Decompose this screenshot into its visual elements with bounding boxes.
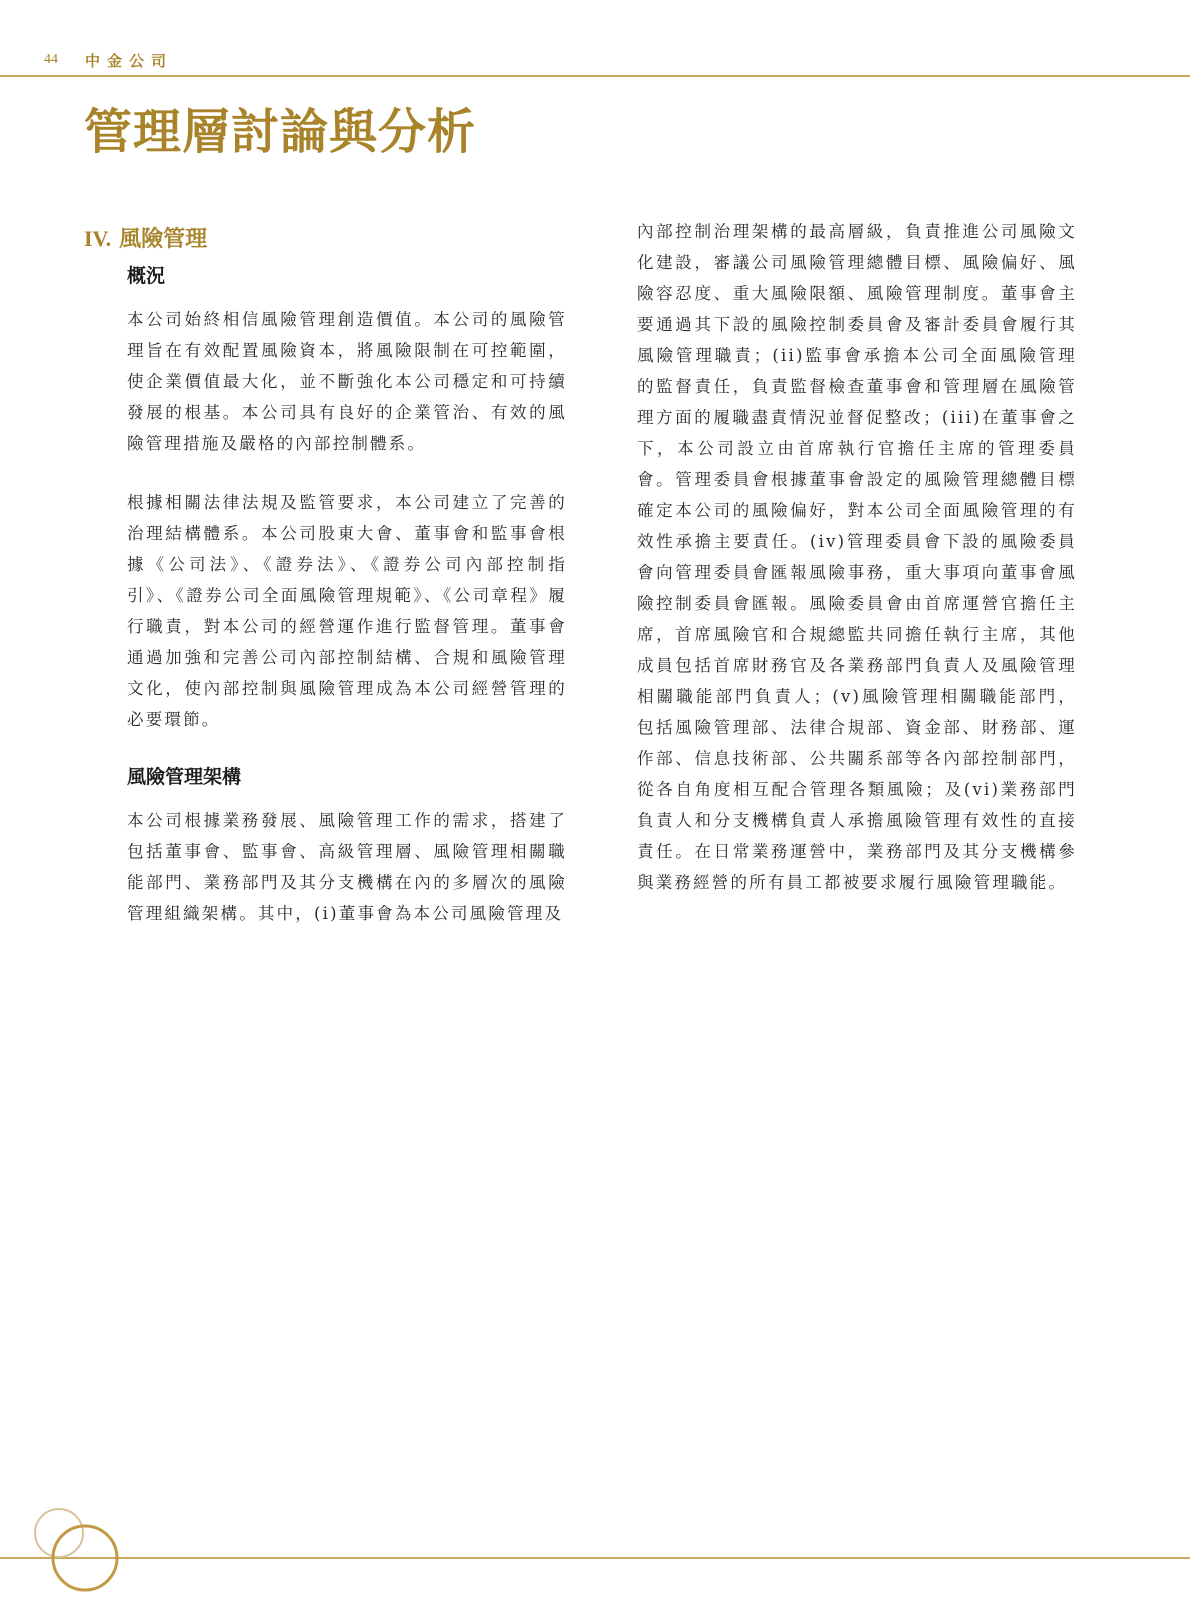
page-title: 管理層討論與分析: [84, 100, 476, 164]
section-number: IV.: [84, 226, 111, 251]
overview-paragraph-2: 根據相關法律法規及監管要求，本公司建立了完善的治理結構體系。本公司股東大會、董事…: [127, 487, 567, 735]
section-heading: IV.風險管理: [84, 224, 207, 254]
framework-paragraph-right: 內部控制治理架構的最高層級，負責推進公司風險文化建設，審議公司風險管理總體目標、…: [637, 216, 1077, 898]
decorative-rings-icon: [0, 1490, 140, 1600]
left-column: 概況 本公司始終相信風險管理創造價值。本公司的風險管理旨在有效配置風險資本，將風…: [127, 262, 567, 929]
footer-divider: [0, 1557, 1190, 1559]
framework-paragraph-left: 本公司根據業務發展、風險管理工作的需求，搭建了包括董事會、監事會、高級管理層、風…: [127, 805, 567, 929]
page-number: 44: [44, 52, 58, 68]
header-divider: [0, 75, 1190, 77]
overview-heading: 概況: [127, 262, 567, 290]
overview-paragraph-1: 本公司始終相信風險管理創造價值。本公司的風險管理旨在有效配置風險資本，將風險限制…: [127, 304, 567, 459]
framework-heading: 風險管理架構: [127, 763, 567, 791]
right-column: 內部控制治理架構的最高層級，負責推進公司風險文化建設，審議公司風險管理總體目標、…: [637, 216, 1077, 898]
section-title: 風險管理: [119, 226, 207, 252]
page-header: 44 中金公司: [0, 0, 1190, 78]
company-name: 中金公司: [85, 50, 173, 71]
